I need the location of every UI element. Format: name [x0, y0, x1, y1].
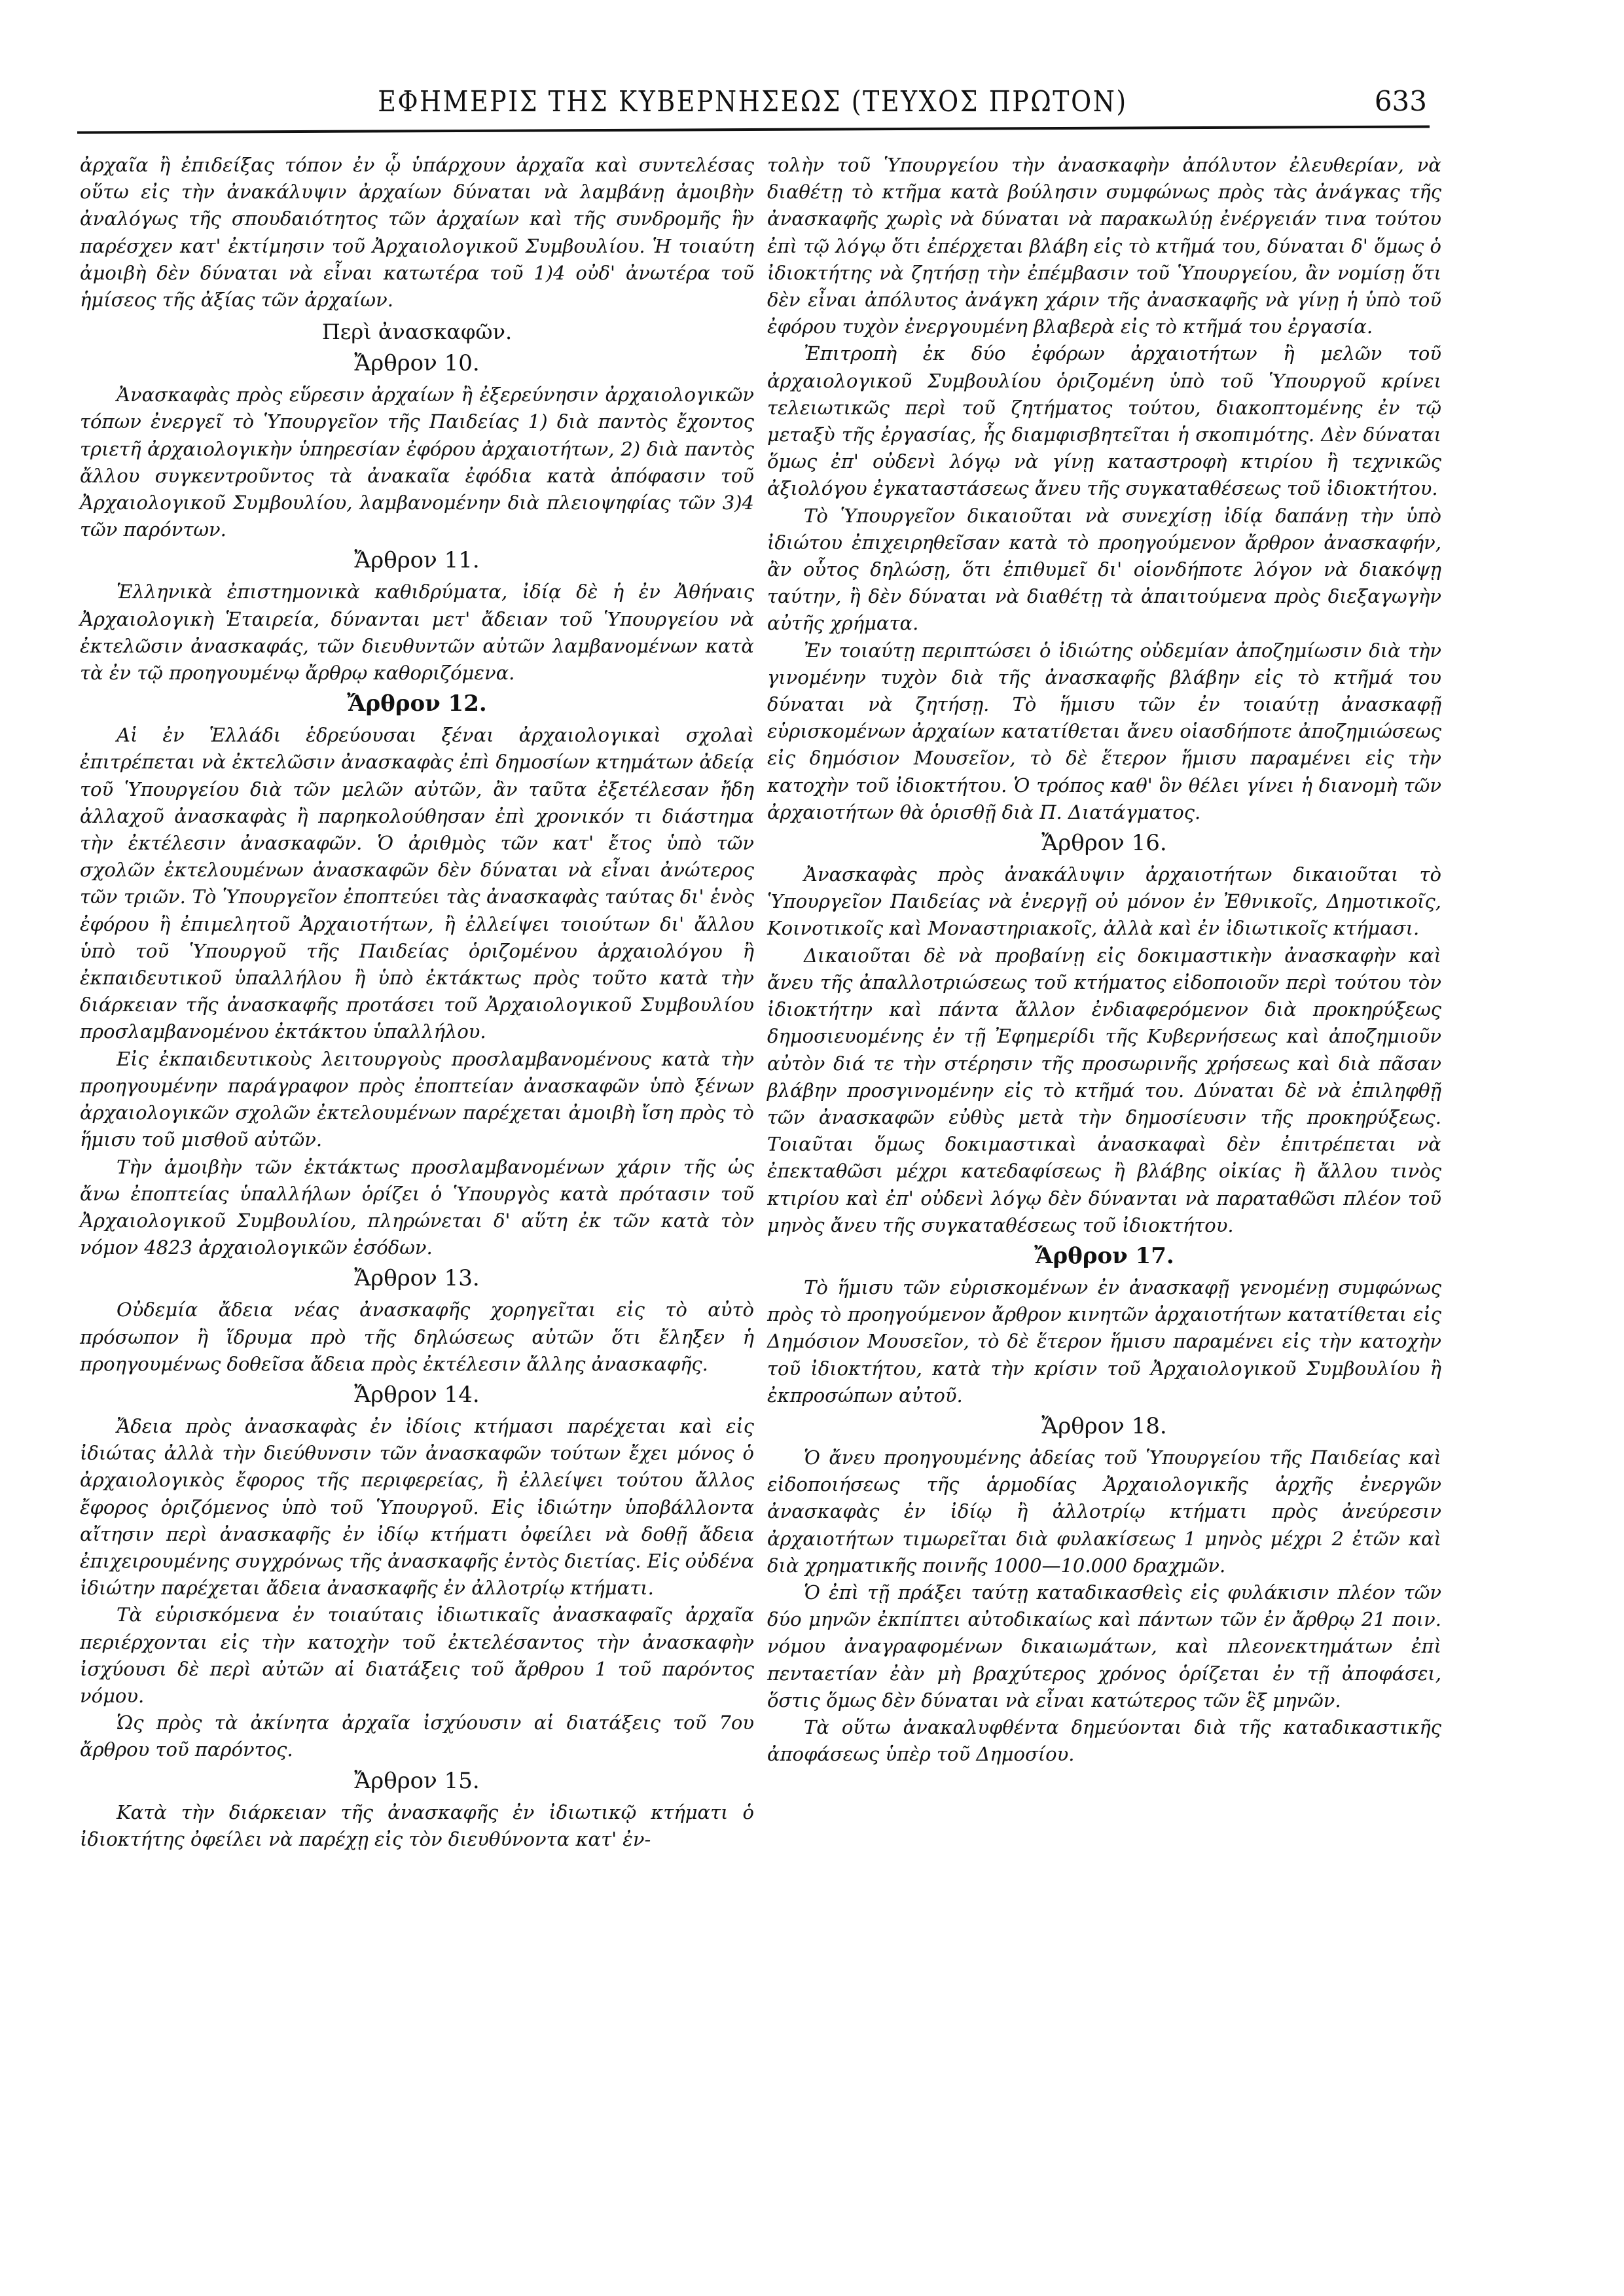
article-16-title: Ἄρθρον 16.: [767, 829, 1441, 857]
article-14-title: Ἄρθρον 14.: [80, 1380, 754, 1409]
right-column: τολὴν τοῦ Ὑπουργείου τὴν ἀνασκαφὴν ἀπόλυ…: [767, 152, 1441, 1768]
article-18-paragraph-1: Ὁ ἄνευ προηγουμένης ἀδείας τοῦ Ὑπουργείο…: [767, 1444, 1441, 1579]
article-14-paragraph-1: Ἄδεια πρὸς ἀνασκαφὰς ἐν ἰδίοις κτήμασι π…: [80, 1413, 754, 1602]
article-13-title: Ἄρθρον 13.: [80, 1264, 754, 1293]
running-title: ΕΦΗΜΕΡΙΣ ΤΗΣ ΚΥΒΕΡΝΗΣΕΩΣ (ΤΕΥΧΟΣ ΠΡΩΤΟΝ): [173, 85, 1333, 118]
article-12-paragraph-3: Τὴν ἀμοιβὴν τῶν ἐκτάκτως προσλαμβανομένω…: [80, 1154, 754, 1262]
article-17-paragraph: Τὸ ἥμισυ τῶν εὑρισκομένων ἐν ἀνασκαφῇ γε…: [767, 1274, 1441, 1409]
paragraph-continuation: τολὴν τοῦ Ὑπουργείου τὴν ἀνασκαφὴν ἀπόλυ…: [767, 152, 1441, 340]
article-15-paragraph-3: Τὸ Ὑπουργεῖον δικαιοῦται νὰ συνεχίσῃ ἰδί…: [767, 503, 1441, 637]
page-header: ΕΦΗΜΕΡΙΣ ΤΗΣ ΚΥΒΕΡΝΗΣΕΩΣ (ΤΕΥΧΟΣ ΠΡΩΤΟΝ)…: [79, 85, 1427, 124]
article-13-paragraph: Οὐδεμία ἄδεια νέας ἀνασκαφῆς χορηγεῖται …: [80, 1297, 754, 1378]
article-11-title: Ἄρθρον 11.: [80, 546, 754, 575]
article-11-paragraph: Ἑλληνικὰ ἐπιστημονικὰ καθιδρύματα, ἰδίᾳ …: [80, 579, 754, 687]
article-16-paragraph-1: Ἀνασκαφὰς πρὸς ἀνακάλυψιν ἀρχαιοτήτων δι…: [767, 861, 1441, 942]
paragraph-continuation: ἀρχαῖα ἢ ἐπιδείξας τόπον ἐν ᾧ ὑπάρχουν ἀ…: [80, 152, 754, 314]
article-14-paragraph-3: Ὡς πρὸς τὰ ἀκίνητα ἀρχαῖα ἰσχύουσιν αἱ δ…: [80, 1710, 754, 1763]
article-12-paragraph-2: Εἰς ἐκπαιδευτικοὺς λειτουργοὺς προσλαμβα…: [80, 1046, 754, 1154]
article-12-title: Ἄρθρον 12.: [80, 689, 754, 718]
section-title: Περὶ ἀνασκαφῶν.: [80, 317, 754, 346]
article-10-paragraph: Ἀνασκαφὰς πρὸς εὕρεσιν ἀρχαίων ἢ ἐξερεύν…: [80, 382, 754, 543]
article-15-title: Ἄρθρον 15.: [80, 1767, 754, 1795]
article-14-paragraph-2: Τὰ εὑρισκόμενα ἐν τοιαύταις ἰδιωτικαῖς ἀ…: [80, 1602, 754, 1710]
left-column: ἀρχαῖα ἢ ἐπιδείξας τόπον ἐν ᾧ ὑπάρχουν ἀ…: [80, 152, 754, 1853]
article-10-title: Ἄρθρον 10.: [80, 349, 754, 378]
header-rule: [77, 125, 1430, 134]
article-15-paragraph-4: Ἐν τοιαύτῃ περιπτώσει ὁ ἰδιώτης οὐδεμίαν…: [767, 637, 1441, 826]
article-15-paragraph-2: Ἐπιτροπὴ ἐκ δύο ἐφόρων ἀρχαιοτήτων ἢ μελ…: [767, 340, 1441, 502]
article-18-title: Ἄρθρον 18.: [767, 1412, 1441, 1441]
article-18-paragraph-2: Ὁ ἐπὶ τῇ πράξει ταύτῃ καταδικασθεὶς εἰς …: [767, 1579, 1441, 1714]
article-16-paragraph-2: Δικαιοῦται δὲ νὰ προβαίνῃ εἰς δοκιμαστικ…: [767, 942, 1441, 1239]
article-15-paragraph: Κατὰ τὴν διάρκειαν τῆς ἀνασκαφῆς ἐν ἰδιω…: [80, 1799, 754, 1853]
page-number: 633: [1375, 85, 1427, 117]
article-12-paragraph-1: Αἱ ἐν Ἑλλάδι ἑδρεύουσαι ξέναι ἀρχαιολογι…: [80, 722, 754, 1045]
article-17-title: Ἄρθρον 17.: [767, 1242, 1441, 1270]
article-18-paragraph-3: Τὰ οὕτω ἀνακαλυφθέντα δημεύονται διὰ τῆς…: [767, 1714, 1441, 1768]
